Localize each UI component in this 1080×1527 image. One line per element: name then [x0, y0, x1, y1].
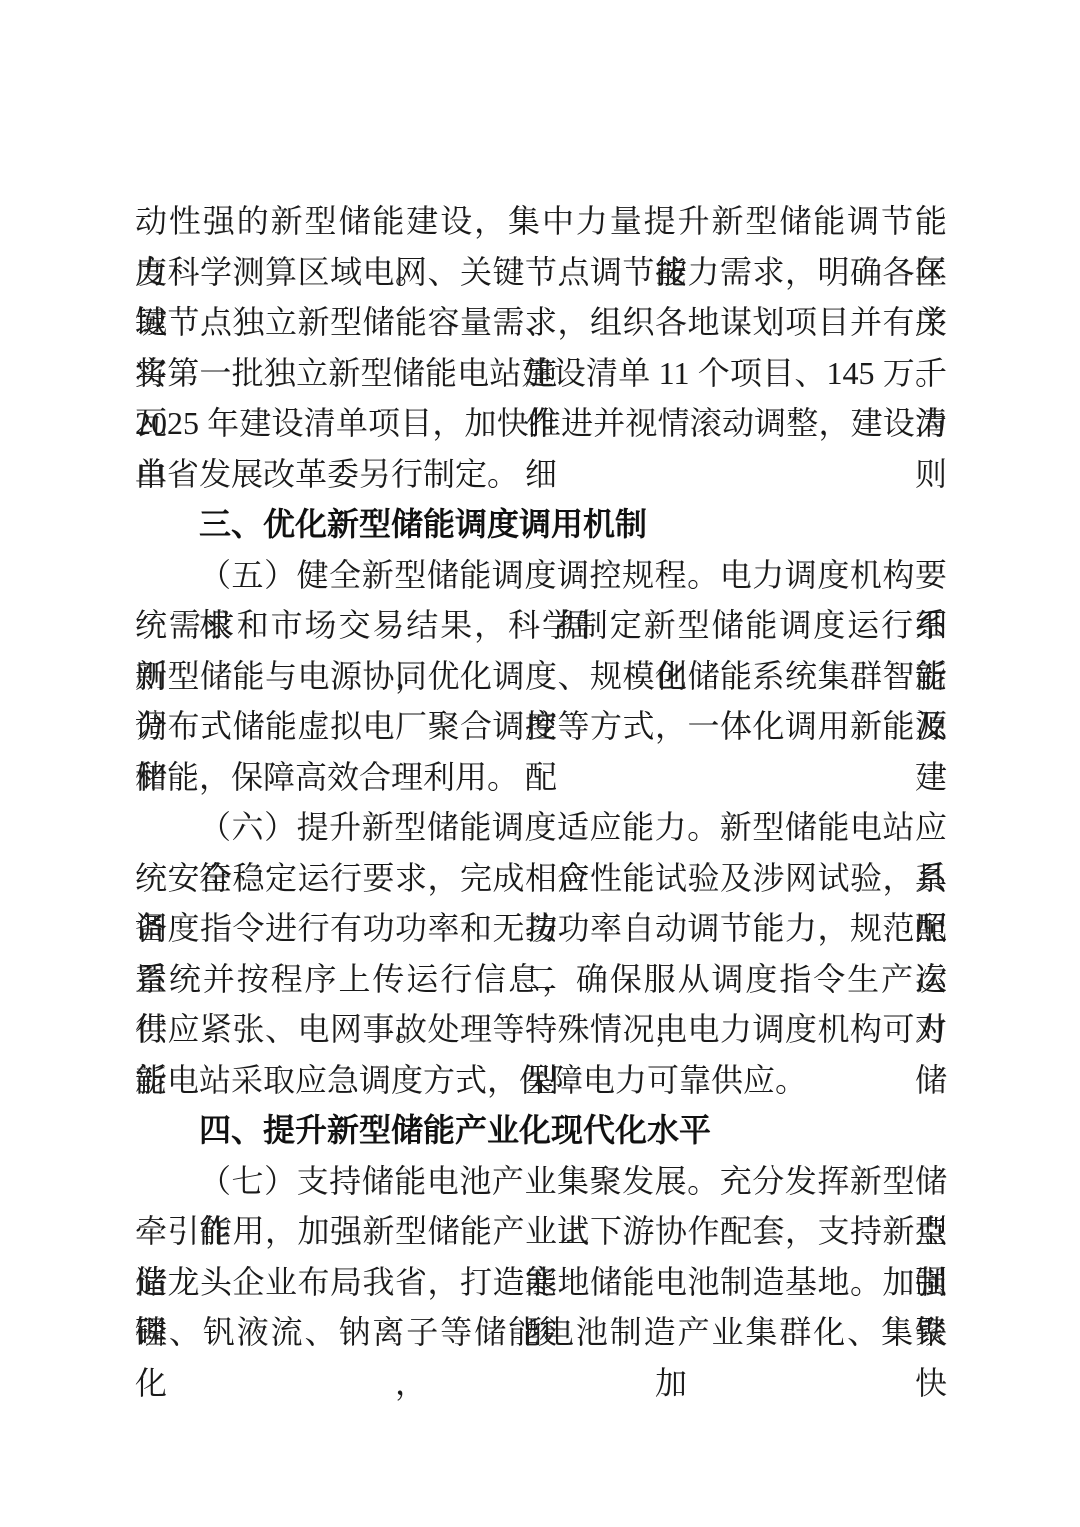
body-text: 能电站采取应急调度方式，保障电力可靠供应。 — [135, 1062, 807, 1098]
text-line: 系统并按程序上传运行信息，确保服从调度指令生产运行。电力 — [135, 954, 947, 1005]
body-text: 由省发展改革委另行制定。 — [135, 456, 519, 492]
heading-section-3: 三、优化新型储能调度调用机制 — [135, 499, 947, 550]
text-line: 2025 年建设清单项目，加快推进并视情滚动调整，建设清单细则 — [135, 398, 947, 449]
text-line: 调度指令进行有功功率和无功功率自动调节能力，规范配置二次 — [135, 903, 947, 954]
document-body: 动性强的新型储能建设，集中力量提升新型储能调节能力。按年度科学测算区域电网、关键… — [135, 196, 947, 1358]
text-line: 键节点独立新型储能容量需求，组织各地谋划项目并有序实施。 — [135, 297, 947, 348]
lead-in-sentence: （六）提升新型储能调度适应能力。 — [199, 809, 720, 845]
para-item-6: （六）提升新型储能调度适应能力。新型储能电站应符合系统安全稳定运行要求，完成相应… — [135, 802, 947, 1105]
heading-section-4: 四、提升新型储能产业化现代化水平 — [135, 1105, 947, 1156]
text-line: 牵引作用，加强新型储能产业上下游协作配套，支持新型储能制 — [135, 1206, 947, 1257]
para-continued-from-previous-page: 动性强的新型储能建设，集中力量提升新型储能调节能力。按年度科学测算区域电网、关键… — [135, 196, 947, 499]
heading-line: 三、优化新型储能调度调用机制 — [135, 499, 947, 550]
text-line: 动性强的新型储能建设，集中力量提升新型储能调节能力。按年 — [135, 196, 947, 247]
text-line: 统安全稳定运行要求，完成相应性能试验及涉网试验，具备按照 — [135, 853, 947, 904]
text-line: 分布式储能虚拟电厂聚合调控等方式，一体化调用新能源和配建 — [135, 701, 947, 752]
lead-in-sentence: （五）健全新型储能调度调控规程。 — [199, 557, 720, 593]
body-text: 锂、钒液流、钠离子等储能电池制造产业集群化、集聚化，加快 — [135, 1314, 947, 1401]
body-text: 储能，保障高效合理利用。 — [135, 759, 519, 795]
text-line: （七）支持储能电池产业集聚发展。充分发挥新型储能试点 — [135, 1156, 947, 1207]
body-text: 三、优化新型储能调度调用机制 — [199, 506, 647, 542]
text-line: 造龙头企业布局我省，打造寒地储能电池制造基地。加强磷酸铁 — [135, 1257, 947, 1308]
text-line: 将第一批独立新型储能电站建设清单 11 个项目、145 万千瓦作为 — [135, 348, 947, 399]
text-line: 统需求和市场交易结果，科学制定新型储能调度运行细则，创新 — [135, 600, 947, 651]
body-text: 四、提升新型储能产业化现代化水平 — [199, 1112, 711, 1148]
text-line: （六）提升新型储能调度适应能力。新型储能电站应符合系 — [135, 802, 947, 853]
text-line: （五）健全新型储能调度调控规程。电力调度机构要根据系 — [135, 550, 947, 601]
text-line: 锂、钒液流、钠离子等储能电池制造产业集群化、集聚化，加快 — [135, 1307, 947, 1358]
text-line: 新型储能与电源协同优化调度、规模化储能系统集群智能调度及 — [135, 651, 947, 702]
document-page: 动性强的新型储能建设，集中力量提升新型储能调节能力。按年度科学测算区域电网、关键… — [0, 0, 1080, 1527]
lead-in-sentence: （七）支持储能电池产业集聚发展。 — [199, 1163, 720, 1199]
text-line: 度科学测算区域电网、关键节点调节能力需求，明确各区域、关 — [135, 247, 947, 298]
para-item-7: （七）支持储能电池产业集聚发展。充分发挥新型储能试点牵引作用，加强新型储能产业上… — [135, 1156, 947, 1358]
para-item-5: （五）健全新型储能调度调控规程。电力调度机构要根据系统需求和市场交易结果，科学制… — [135, 550, 947, 803]
text-line: 供应紧张、电网事故处理等特殊情况，电力调度机构可对新型储 — [135, 1004, 947, 1055]
heading-line: 四、提升新型储能产业化现代化水平 — [135, 1105, 947, 1156]
